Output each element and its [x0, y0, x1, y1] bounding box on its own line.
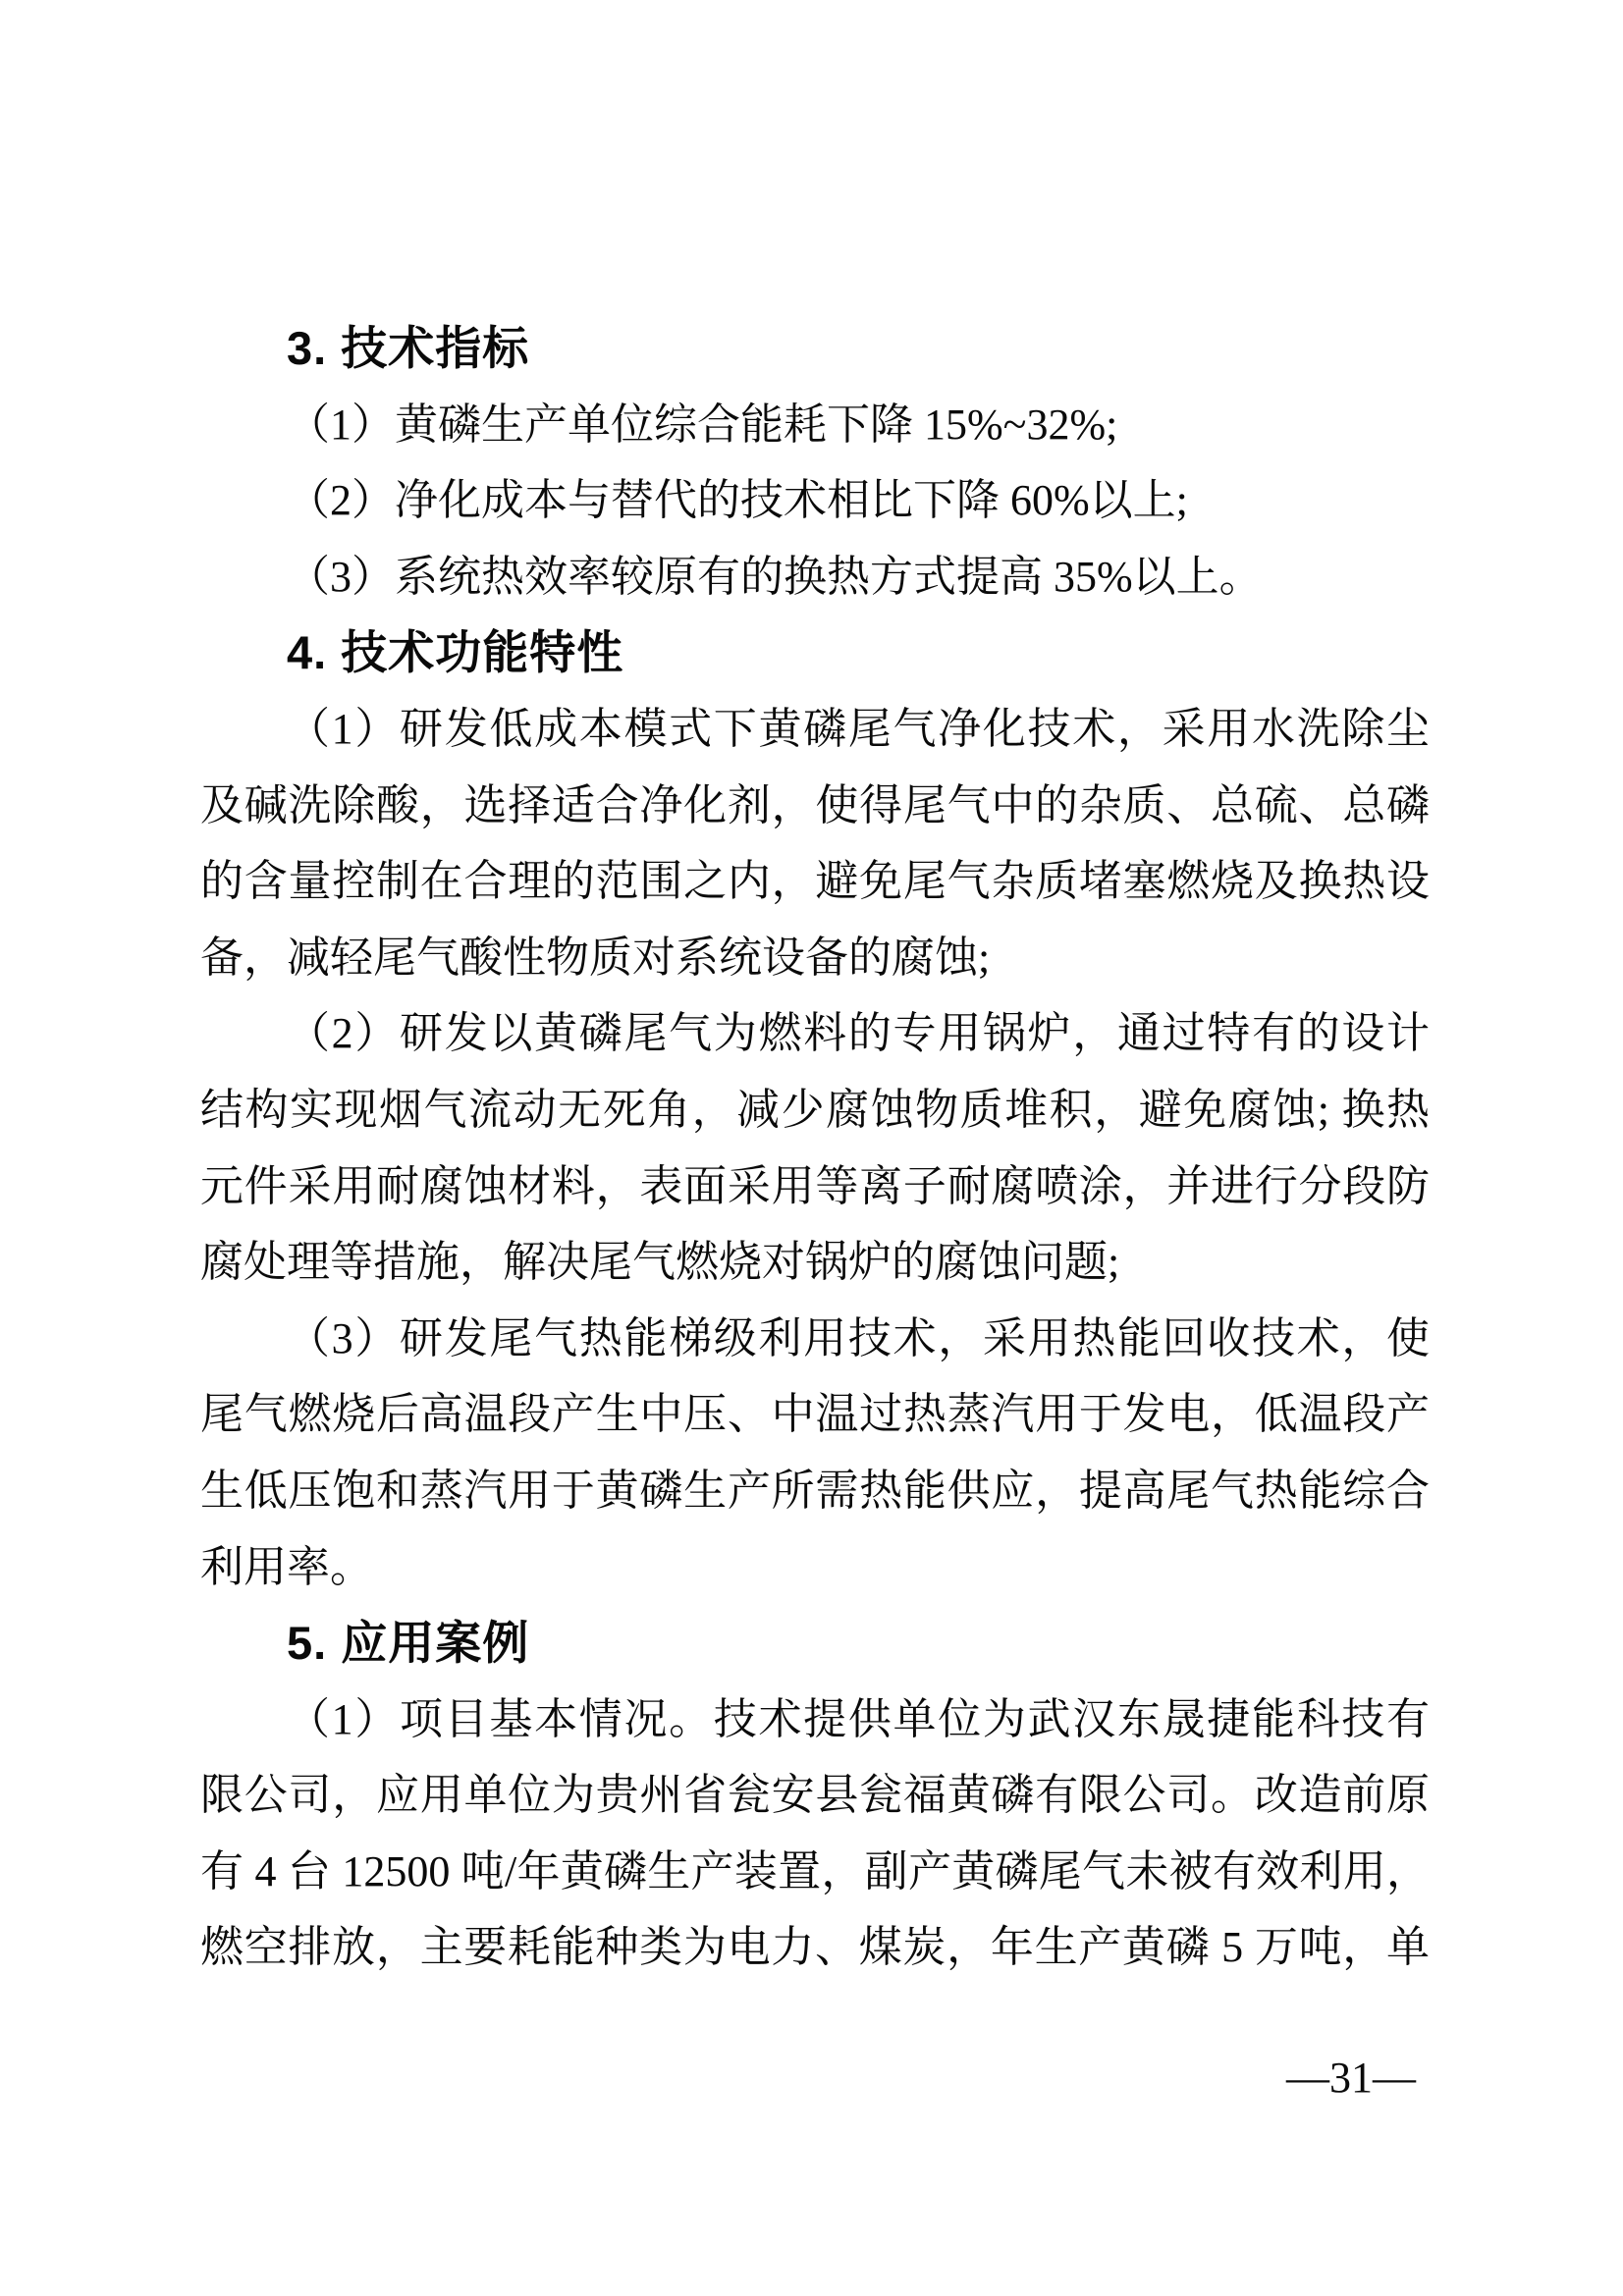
paragraph-line: （1）黄磷生产单位综合能耗下降 15%~32%;	[200, 387, 1430, 463]
page-number: —31—	[1286, 2055, 1416, 2102]
paragraph-line: 利用率。	[200, 1529, 1430, 1606]
paragraph-line: 及碱洗除酸，选择适合净化剂，使得尾气中的杂质、总硫、总磷	[200, 768, 1430, 844]
paragraph-line: （1）项目基本情况。技术提供单位为武汉东晟捷能科技有	[200, 1682, 1430, 1758]
paragraph-line: （2）净化成本与替代的技术相比下降 60%以上;	[200, 462, 1430, 539]
paragraph-line: 结构实现烟气流动无死角，减少腐蚀物质堆积，避免腐蚀; 换热	[200, 1072, 1430, 1148]
section-5-heading: 5. 应用案例	[200, 1605, 1430, 1682]
paragraph-line: 燃空排放，主要耗能种类为电力、煤炭，年生产黄磷 5 万吨，单	[200, 1909, 1430, 1986]
paragraph-line: （2）研发以黄磷尾气为燃料的专用锅炉，通过特有的设计	[200, 995, 1430, 1072]
paragraph-line: （3）系统热效率较原有的换热方式提高 35%以上。	[200, 539, 1430, 615]
paragraph-line: 腐处理等措施，解决尾气燃烧对锅炉的腐蚀问题;	[200, 1224, 1430, 1301]
paragraph-line: 的含量控制在合理的范围之内，避免尾气杂质堵塞燃烧及换热设	[200, 843, 1430, 920]
paragraph-line: 限公司，应用单位为贵州省瓮安县瓮福黄磷有限公司。改造前原	[200, 1757, 1430, 1834]
paragraph-line: 备，减轻尾气酸性物质对系统设备的腐蚀;	[200, 920, 1430, 996]
paragraph-line: 尾气燃烧后高温段产生中压、中温过热蒸汽用于发电，低温段产	[200, 1376, 1430, 1453]
section-3-heading: 3. 技术指标	[200, 310, 1430, 387]
paragraph-line: （1）研发低成本模式下黄磷尾气净化技术，采用水洗除尘	[200, 691, 1430, 768]
document-body: 3. 技术指标 （1）黄磷生产单位综合能耗下降 15%~32%; （2）净化成本…	[200, 310, 1430, 1986]
document-page: 3. 技术指标 （1）黄磷生产单位综合能耗下降 15%~32%; （2）净化成本…	[0, 0, 1623, 2296]
section-4-heading: 4. 技术功能特性	[200, 614, 1430, 691]
paragraph-line: 有 4 台 12500 吨/年黄磷生产装置，副产黄磷尾气未被有效利用，	[200, 1834, 1430, 1910]
paragraph-line: 生低压饱和蒸汽用于黄磷生产所需热能供应，提高尾气热能综合	[200, 1453, 1430, 1529]
paragraph-line: 元件采用耐腐蚀材料，表面采用等离子耐腐喷涂，并进行分段防	[200, 1148, 1430, 1225]
paragraph-line: （3）研发尾气热能梯级利用技术，采用热能回收技术，使	[200, 1301, 1430, 1377]
